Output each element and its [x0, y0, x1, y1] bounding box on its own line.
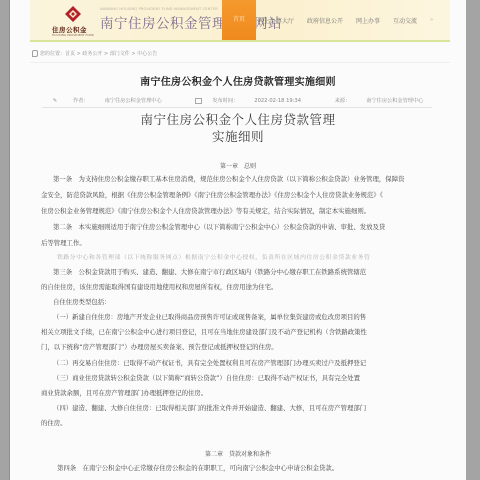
author-label: 作者：	[73, 98, 89, 104]
divider	[30, 62, 450, 63]
window-frame-left	[0, 0, 10, 480]
location-pin-icon	[32, 50, 38, 57]
breadcrumb: 您的位置：首页 > 政务公开 > 部门文件 > 中心公告	[32, 50, 157, 57]
paragraph-line: （一）新建自住住房：房地产开发企业已取得商品房预售许可证或现售备案，属单位集资建…	[41, 313, 436, 321]
article-meta: ✎作者：南宁住房公积金管理中心 发布时间：2022-02-18 19:34 来源…	[10, 97, 466, 104]
nav-item-interaction[interactable]: 互动交流	[393, 16, 417, 25]
paragraph-line: （二）再交易自住住房：已取得不动产权证书，具有完全处置权利且可在房产管理部门办理…	[41, 359, 436, 367]
paragraph-line: 第三条 公积金贷款用于购买、建造、翻建、大修在南宁市行政区域内（铁路分中心缴存职…	[41, 268, 436, 276]
source-label: 来源：	[335, 98, 351, 104]
paragraph-line: 商业贷款余额，且可在房产管理部门办理抵押登记的住房。	[41, 389, 436, 397]
pen-icon: ✎	[53, 98, 57, 104]
breadcrumb-dept-docs[interactable]: 部门文件	[110, 51, 130, 57]
source-field: 来源：南宁住房公积金管理中心	[327, 98, 432, 104]
paragraph-line: 相关立项批文手续，已在南宁公积金中心进行项目登记，且可在当地住房建设部门及不动产…	[41, 328, 436, 336]
paragraph-line: 自住住房类型包括：	[41, 298, 436, 306]
paragraph-line: 第一条 为支持住房公积金缴存职工基本住房消费，规范住房公积金个人住房贷款（以下简…	[41, 175, 436, 183]
breadcrumb-label: 您的位置：	[40, 51, 65, 57]
paragraph-line: 金安全，防范贷款风险，根据《住房公积金管理条例》《南宁住房公积金管理办法》《住房…	[41, 191, 436, 199]
paragraph-line: （四）建造、翻建、大修自住住房：已取得相关部门的批准文件并开始建造、翻建、大修，…	[41, 404, 436, 412]
site-header: 住房公积金 HOUSING PROVIDENT FUND NANNING HOU…	[30, 0, 450, 42]
nav-home[interactable]: 首页	[222, 0, 256, 40]
paragraph-line-faint: 铁路分中心和各管理部（以下统称服务网点）根据南宁公积金中心授权，负责所在区域内住…	[57, 254, 452, 262]
paragraph-line: 的住房。	[41, 419, 436, 427]
paragraph-line: 住房公积金业务管理规范》《南宁住房公积金个人住房贷款管理办法》等有关规定，结合实…	[41, 207, 436, 215]
paragraph-line: 第四条 在南宁公积金中心正常缴存住房公积金的在职职工，可向南宁公积金中心申请公积…	[57, 464, 452, 472]
paragraph-line: （三）商业住房贷款转公积金贷款（以下简称“商转公贷款”）自住住房：已取得不动产权…	[41, 374, 436, 382]
calendar-icon	[195, 98, 202, 104]
chapter-heading: 第二章 贷款对象和条件	[10, 449, 466, 458]
breadcrumb-notices[interactable]: 中心公告	[137, 51, 157, 57]
nav-item-online-service[interactable]: 网上办事	[356, 16, 380, 25]
paragraph-line: 门，以下统称“房产管理部门”）办理房屋买卖备案、预告登记或抵押权登记的住房。	[41, 343, 436, 351]
web-page: 住房公积金 HOUSING PROVIDENT FUND NANNING HOU…	[10, 0, 466, 480]
logo-diamond-icon	[65, 6, 81, 22]
breadcrumb-gov-affairs[interactable]: 政务公开	[82, 51, 102, 57]
nav-item-online-hall[interactable]: 网上办事大厅	[258, 16, 294, 25]
document-title-line-2: 实施细则	[10, 127, 466, 145]
source-value: 南宁住房公积金管理中心	[366, 98, 423, 104]
nav-more-icon[interactable]: »	[430, 17, 433, 23]
paragraph-line: 第二条 本实施细则适用于南宁住房公积金管理中心（以下简称南宁公积金中心）公积金贷…	[41, 223, 436, 231]
paragraph-line: 后等管理工作。	[41, 239, 436, 247]
author-field: ✎作者：南宁住房公积金管理中心	[45, 98, 170, 104]
breadcrumb-separator: >	[102, 51, 109, 57]
time-label: 发布时间：	[212, 98, 238, 104]
divider	[42, 107, 432, 108]
breadcrumb-home[interactable]: 首页	[65, 51, 75, 57]
document-title-line-1: 南宁住房公积金个人住房贷款管理	[10, 110, 466, 128]
main-nav: 网上办事大厅 政府信息公开 网上办事 互动交流 »	[258, 0, 433, 40]
nav-item-gov-info[interactable]: 政府信息公开	[307, 16, 343, 25]
site-logo[interactable]: 住房公积金 HOUSING PROVIDENT FUND	[50, 6, 100, 36]
logo-subtext: HOUSING PROVIDENT FUND	[52, 33, 94, 37]
site-subtitle: NANNING HOUSING PROVIDENT FUND MANAGEMEN…	[100, 7, 218, 11]
time-field: 发布时间：2022-02-18 19:34	[187, 98, 309, 104]
author-value: 南宁住房公积金管理中心	[105, 98, 162, 104]
chapter-heading: 第一章 总则	[10, 161, 466, 170]
paragraph-line: 的自住住房，该住房需能取得国有建设用地使用权和房屋所有权，住房用途为住宅。	[41, 283, 436, 291]
scrollbar[interactable]	[465, 0, 480, 480]
time-value: 2022-02-18 19:34	[254, 98, 301, 104]
article-title: 南宁住房公积金个人住房贷款管理实施细则	[10, 73, 466, 88]
